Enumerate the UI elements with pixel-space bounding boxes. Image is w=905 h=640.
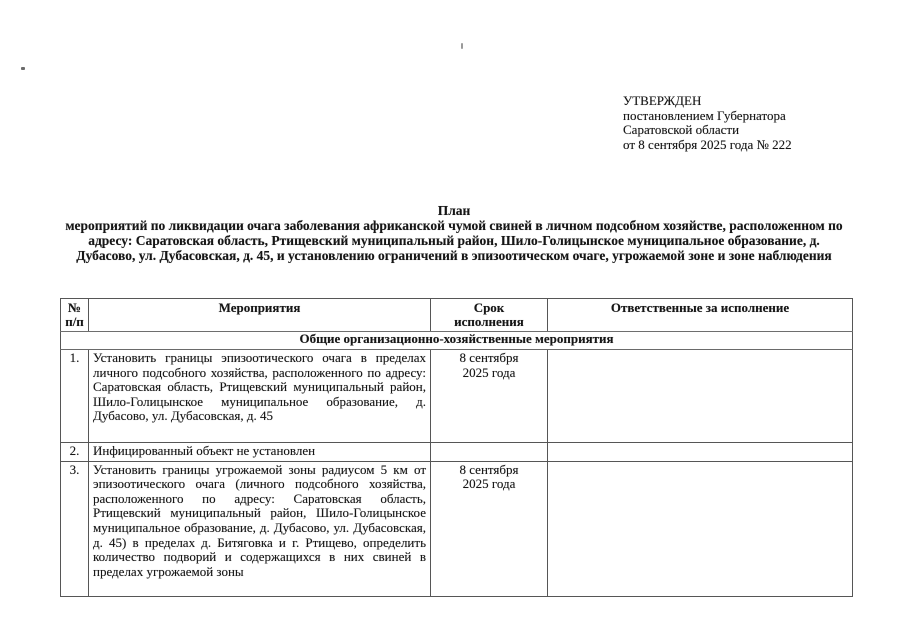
row-responsible <box>548 350 853 443</box>
row-number: 3. <box>61 461 89 596</box>
document-page: УТВЕРЖДЕН постановлением Губернатора Сар… <box>0 0 905 640</box>
scan-speck <box>461 43 463 49</box>
row-responsible <box>548 443 853 462</box>
col-header-responsible: Ответственные за исполнение <box>548 299 853 332</box>
approval-line: от 8 сентября 2025 года № 222 <box>623 138 792 153</box>
row-number: 1. <box>61 350 89 443</box>
row-responsible <box>548 461 853 596</box>
row-deadline <box>431 443 548 462</box>
row-deadline: 8 сентября 2025 года <box>431 461 548 596</box>
table-row: 3. Установить границы угрожаемой зоны ра… <box>61 461 853 596</box>
section-row: Общие организационно-хозяйственные мероп… <box>61 332 853 350</box>
table-row: 2. Инфицированный объект не установлен <box>61 443 853 462</box>
approval-line: постановлением Губернатора <box>623 109 792 124</box>
approval-line: Саратовской области <box>623 123 792 138</box>
section-title: Общие организационно-хозяйственные мероп… <box>61 332 853 350</box>
row-measure: Установить границы угрожаемой зоны радиу… <box>89 461 431 596</box>
measures-table: № п/п Мероприятия Срок исполнения Ответс… <box>60 298 853 597</box>
col-header-num: № п/п <box>61 299 89 332</box>
document-title: План мероприятий по ликвидации очага заб… <box>57 203 851 263</box>
title-heading: План <box>57 203 851 218</box>
row-deadline: 8 сентября 2025 года <box>431 350 548 443</box>
scan-speck <box>21 67 25 70</box>
row-measure: Установить границы эпизоотического очага… <box>89 350 431 443</box>
table-row: 1. Установить границы эпизоотического оч… <box>61 350 853 443</box>
approval-block: УТВЕРЖДЕН постановлением Губернатора Сар… <box>623 94 792 152</box>
row-measure: Инфицированный объект не установлен <box>89 443 431 462</box>
row-number: 2. <box>61 443 89 462</box>
approval-line: УТВЕРЖДЕН <box>623 94 792 109</box>
table-header-row: № п/п Мероприятия Срок исполнения Ответс… <box>61 299 853 332</box>
col-header-deadline: Срок исполнения <box>431 299 548 332</box>
title-body: мероприятий по ликвидации очага заболева… <box>65 218 842 263</box>
col-header-measure: Мероприятия <box>89 299 431 332</box>
